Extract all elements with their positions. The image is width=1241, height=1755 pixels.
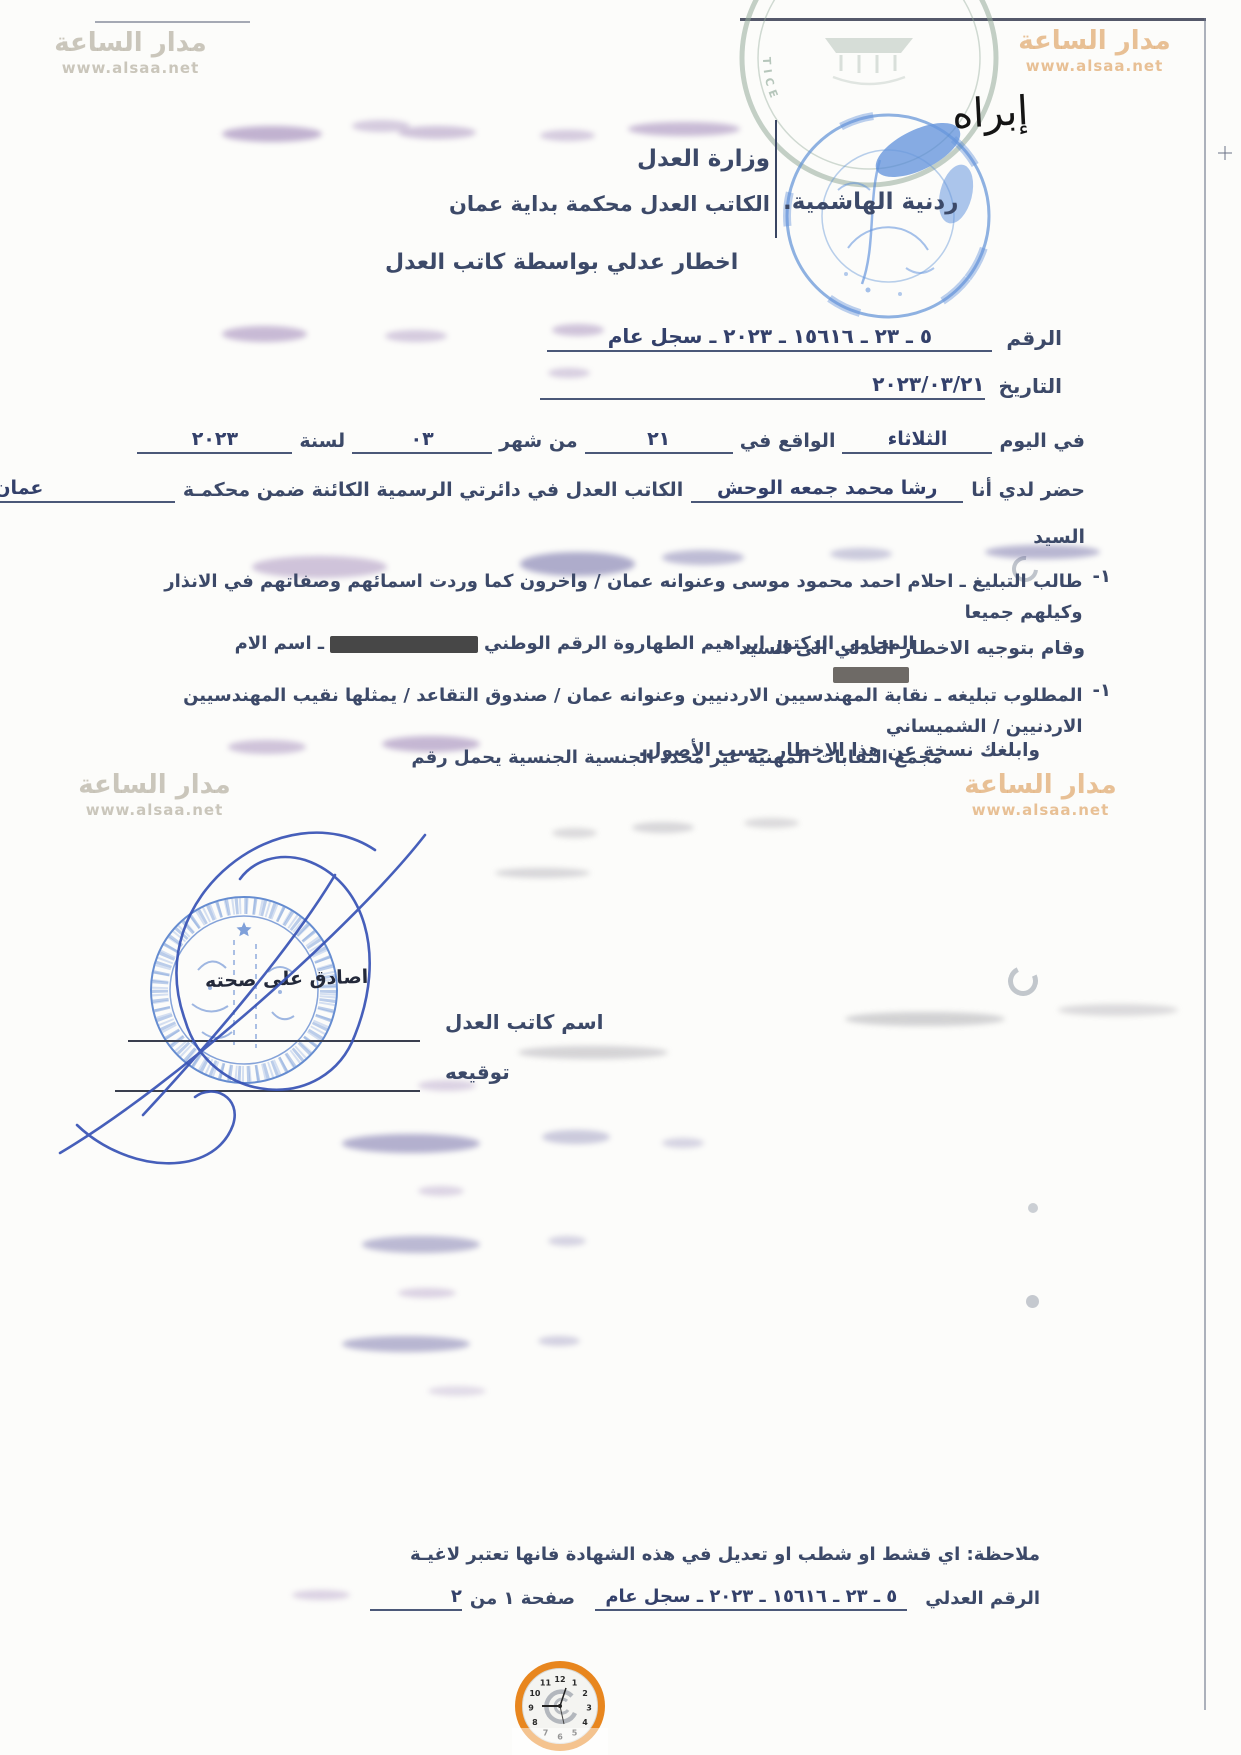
ink-bleed-smudge: [398, 126, 476, 139]
watermark-site-name: مدار الساعة: [938, 770, 1143, 801]
presence-middle: الكاتب العدل في دائرتي الرسمية الكائنة ض…: [183, 479, 683, 503]
copy-delivered-line: وابلغك نسخة عن هذا الاخطار حسب الأصول.: [638, 740, 1040, 761]
watermark-site-url: www.alsaa.net: [992, 57, 1197, 75]
ink-bleed-smudge: [518, 1046, 668, 1059]
page-of-label: صفحة ١ من: [470, 1588, 575, 1611]
ink-bleed-smudge: [744, 818, 799, 828]
clock-number: 1: [572, 1678, 578, 1687]
clock-number: 8: [532, 1718, 538, 1727]
ink-bleed-smudge: [662, 550, 744, 565]
ink-bleed-smudge: [342, 1336, 470, 1352]
scan-artifact-dot: [1026, 1295, 1039, 1308]
ink-bleed-smudge: [830, 548, 892, 560]
page-total-value: ٢: [370, 1586, 462, 1611]
number-value: ٥ ـ ٢٣ ـ ١٥٦١٦ ـ ٢٠٢٣ ـ سجل عام: [547, 324, 992, 352]
page-number-row: صفحة ١ من ٢: [370, 1586, 575, 1611]
date-value: ٢٠٢٣/٠٣/٢١: [540, 372, 985, 400]
ink-bleed-smudge: [428, 1386, 486, 1396]
requester-line2-text2: ـ اسم الام: [235, 633, 324, 654]
ink-bleed-smudge: [632, 822, 694, 833]
ink-bleed-smudge: [1058, 1004, 1178, 1016]
court-value: عمان: [0, 477, 175, 503]
tampering-note: ملاحظة: اي قشط او شطب او تعديل في هذه ال…: [410, 1544, 1040, 1565]
stamp-emblem: [825, 38, 913, 53]
page-border-right: [1204, 18, 1206, 1710]
ink-bleed-smudge: [552, 828, 597, 838]
clock-number: 9: [528, 1704, 534, 1713]
ink-bleed-smudge: [385, 330, 447, 342]
ink-bleed-smudge: [292, 1590, 350, 1600]
document-title: اخطار عدلي بواسطة كاتب العدل: [385, 250, 738, 275]
watermark-top-left: مدار الساعة www.alsaa.net: [28, 28, 233, 77]
ministry-title: وزارة العدل: [637, 146, 770, 172]
watermark-site-url: www.alsaa.net: [28, 59, 233, 77]
clock-number: 10: [529, 1689, 541, 1698]
judicial-number-value: ٥ ـ ٢٣ ـ ١٥٦١٦ ـ ٢٠٢٣ ـ سجل عام: [595, 1586, 907, 1611]
ink-bleed-smudge: [398, 1288, 456, 1298]
watermark-site-name: مدار الساعة: [28, 28, 233, 59]
addressee-word: السيد: [1033, 526, 1085, 548]
kingdom-name-partial: ردنية الهاشمية.: [783, 189, 958, 215]
edge-tick-vertical: [1224, 146, 1226, 160]
scan-artifact-dot: [1028, 1203, 1038, 1213]
day-line: في اليوم الثلاثاء الواقع في ٢١ من شهر ٠٣…: [137, 428, 1085, 454]
day-number-value: ٢١: [585, 428, 733, 454]
ink-bleed-smudge: [540, 130, 595, 141]
date-row: التاريخ ٢٠٢٣/٠٣/٢١: [540, 372, 1062, 400]
clock-number: 3: [586, 1704, 592, 1713]
handwritten-signature: [35, 795, 535, 1195]
watermark-mid-right: مدار الساعة www.alsaa.net: [938, 770, 1143, 819]
watermark-top-right: مدار الساعة www.alsaa.net: [992, 26, 1197, 75]
ink-bleed-smudge: [222, 126, 322, 142]
notary-name-value: رشا محمد جمعه الوحش: [691, 477, 963, 503]
scan-artifact-ring: [1004, 962, 1042, 1000]
month-value: ٠٣: [352, 428, 492, 454]
day-name-value: الثلاثاء: [842, 428, 992, 454]
clock-number: 4: [582, 1718, 588, 1727]
handwritten-note: إبراه: [951, 88, 1030, 138]
ink-bleed-smudge: [548, 1236, 586, 1246]
document-page: مدار الساعة www.alsaa.net مدار الساعة ww…: [0, 0, 1241, 1755]
number-label: الرقم: [1006, 326, 1062, 352]
page-border-top-left: [95, 21, 250, 23]
number-row: الرقم ٥ ـ ٢٣ ـ ١٥٦١٦ ـ ٢٠٢٣ ـ سجل عام: [547, 324, 1062, 352]
item1-marker: ١-: [1093, 566, 1111, 690]
on-day-label: في اليوم: [999, 430, 1085, 454]
ink-bleed-smudge: [845, 1012, 1005, 1026]
presence-prefix: حضر لدي أنا: [971, 479, 1085, 503]
ink-bleed-smudge: [222, 326, 307, 342]
redaction-national-id: [330, 636, 478, 653]
falling-on-label: الواقع في: [740, 430, 836, 454]
ink-bleed-smudge: [662, 1138, 704, 1148]
watermark-site-url: www.alsaa.net: [938, 801, 1143, 819]
presence-line: حضر لدي أنا رشا محمد جمعه الوحش الكاتب ا…: [0, 477, 1085, 503]
year-value: ٢٠٢٣: [137, 428, 292, 454]
year-label: لسنة: [299, 430, 345, 454]
of-month-label: من شهر: [499, 430, 578, 454]
ink-bleed-smudge: [362, 1236, 480, 1253]
directed-line: وقام بتوجيه الاخطار العدلي الى السيد: [739, 638, 1085, 659]
ink-bleed-smudge: [538, 1336, 580, 1346]
ink-bleed-smudge: [542, 1130, 610, 1144]
clock-number: 11: [540, 1678, 552, 1687]
requester-paragraph: ١- طالب التبليغ ـ احلام احمد محمود موسى …: [126, 566, 1111, 690]
ink-bleed-smudge: [628, 122, 740, 136]
item2-marker: ١-: [1093, 680, 1111, 773]
clock-logo: 12 1 2 3 4 5 6 7 8 9 10 11: [512, 1660, 608, 1755]
requester-line1: طالب التبليغ ـ احلام احمد محمود موسى وعن…: [153, 566, 1083, 628]
clock-number: 12: [554, 1675, 565, 1684]
notary-office-title: الكاتب العدل محكمة بداية عمان: [449, 192, 770, 216]
clock-number: 2: [582, 1689, 588, 1698]
judicial-number-label: الرقم العدلي: [925, 1588, 1040, 1611]
footer-judicial-number-row: الرقم العدلي ٥ ـ ٢٣ ـ ١٥٦١٦ ـ ٢٠٢٣ ـ سجل…: [595, 1586, 1040, 1611]
date-label: التاريخ: [999, 374, 1062, 400]
watermark-site-name: مدار الساعة: [992, 26, 1197, 57]
notified-line1: المطلوب تبليغه ـ نقابة المهندسيين الاردن…: [143, 680, 1083, 742]
